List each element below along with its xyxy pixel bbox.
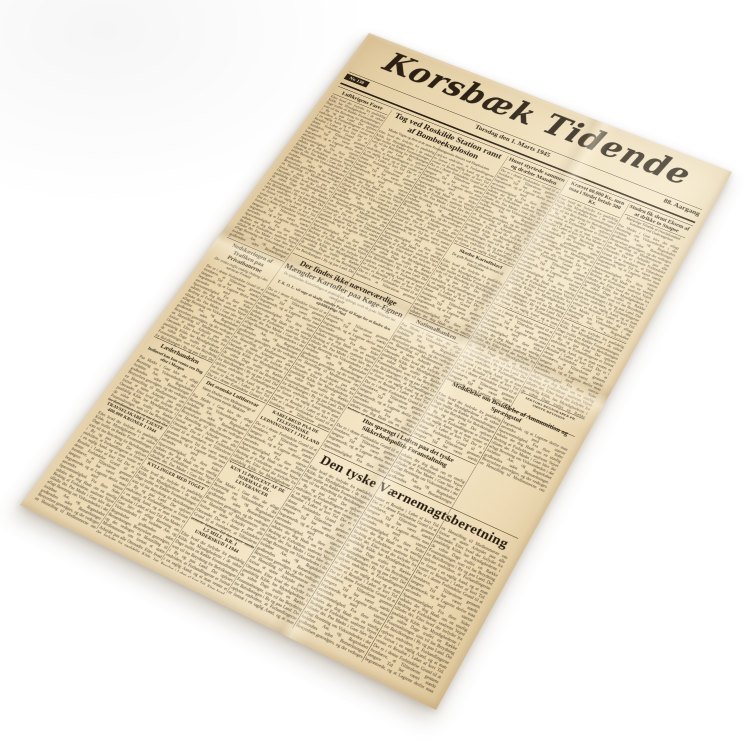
newspaper-page: Korsbæk Tidende Nr. 138 Torsdag den 1. M… [20,33,732,710]
photo-background: Korsbæk Tidende Nr. 138 Torsdag den 1. M… [0,0,746,746]
